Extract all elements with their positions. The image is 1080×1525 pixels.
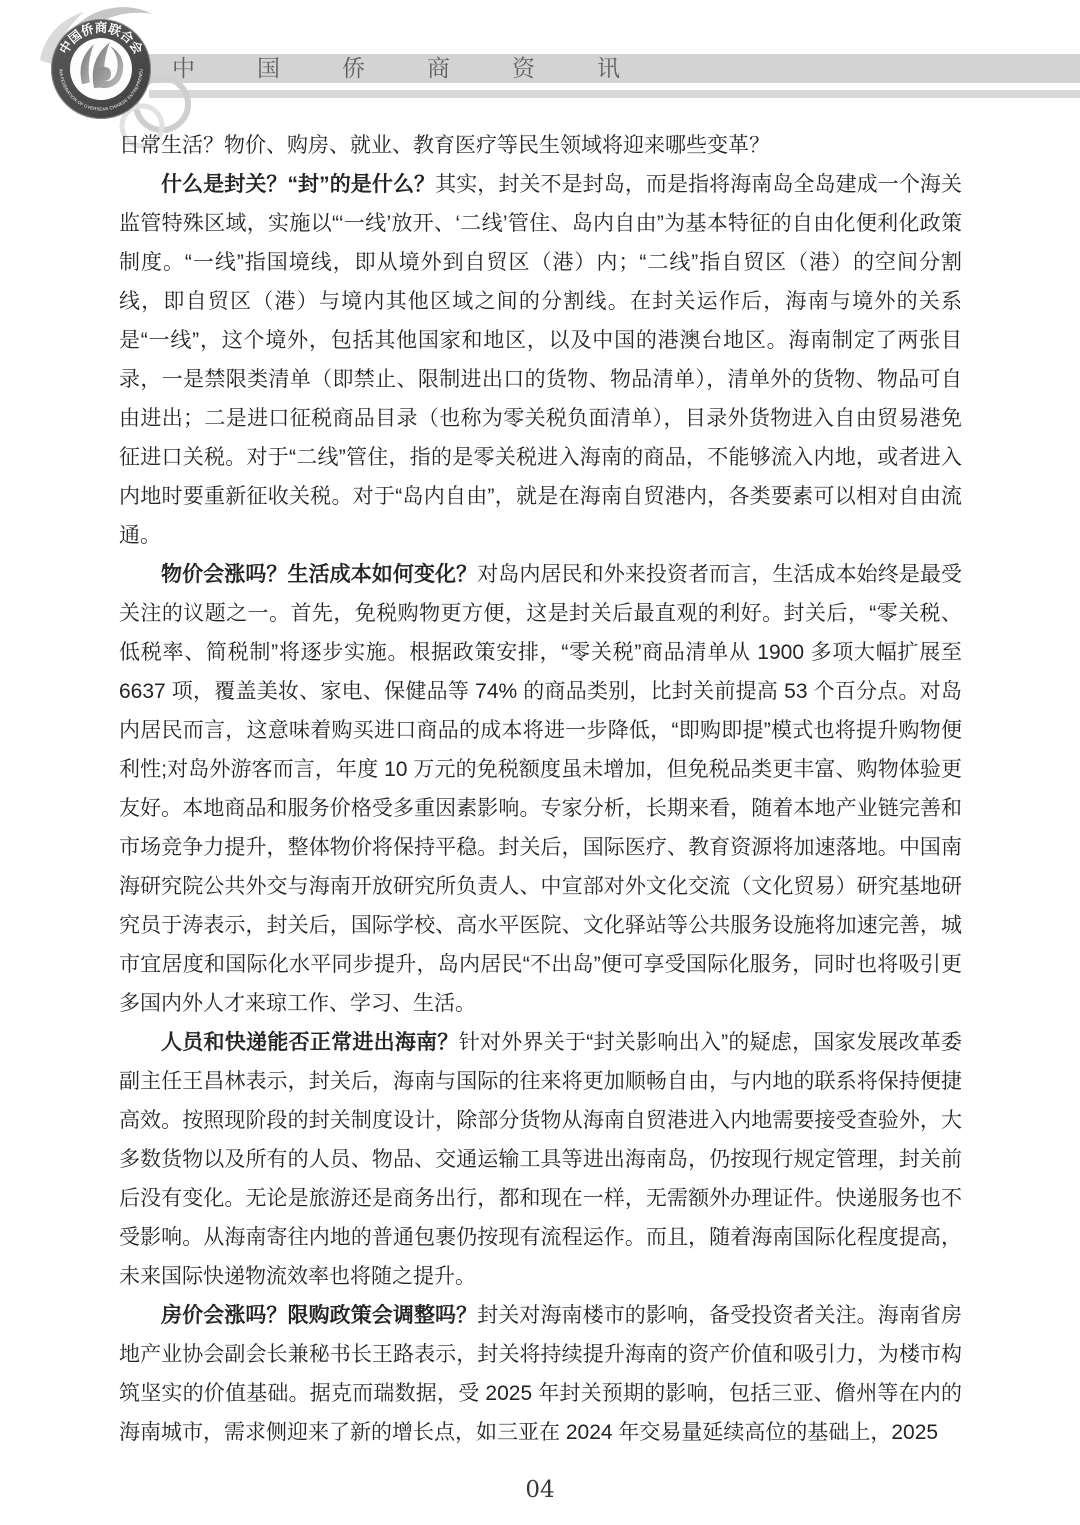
paragraph-lead: 人员和快递能否正常进出海南？ [161,1031,459,1054]
paragraph-what-is-fengguan: 什么是封关？“封”的是什么？其实，封关不是封岛，而是指将海南岛全岛建成一个海关监… [119,165,962,555]
page-number: 04 [0,1477,1080,1503]
paragraph-text: 针对外界关于“封关影响出入”的疑虑，国家发展改革委副主任王昌林表示，封关后，海南… [119,1031,962,1288]
paragraph-text: 其实，封关不是封岛，而是指将海南岛全岛建成一个海关监管特殊区域，实施以“‘一线’… [119,173,962,547]
masthead-underline [149,90,1080,98]
paragraph-continuation: 日常生活？物价、购房、就业、教育医疗等民生领域将迎来哪些变革？ [119,126,962,165]
article-body: 日常生活？物价、购房、就业、教育医疗等民生领域将迎来哪些变革？ 什么是封关？“封… [119,126,962,1452]
paragraph-housing-prices: 房价会涨吗？限购政策会调整吗？封关对海南楼市的影响，备受投资者关注。海南省房地产… [119,1296,962,1452]
paragraph-text: 对岛内居民和外来投资者而言，生活成本始终是最受关注的议题之一。首先，免税购物更方… [119,563,962,1015]
paragraph-lead: 物价会涨吗？生活成本如何变化？ [161,563,477,586]
paragraph-lead: 房价会涨吗？限购政策会调整吗？ [161,1304,477,1327]
masthead-title: 中国侨商资讯 [172,57,682,80]
document-page: 中国侨商资讯 [0,0,1080,1525]
paragraph-lead: 什么是封关？“封”的是什么？ [161,173,435,196]
paragraph-prices-living-cost: 物价会涨吗？生活成本如何变化？对岛内居民和外来投资者而言，生活成本始终是最受关注… [119,555,962,1023]
paragraph-text: 日常生活？物价、购房、就业、教育医疗等民生领域将迎来哪些变革？ [119,134,770,157]
paragraph-people-and-parcels: 人员和快递能否正常进出海南？针对外界关于“封关影响出入”的疑虑，国家发展改革委副… [119,1023,962,1296]
